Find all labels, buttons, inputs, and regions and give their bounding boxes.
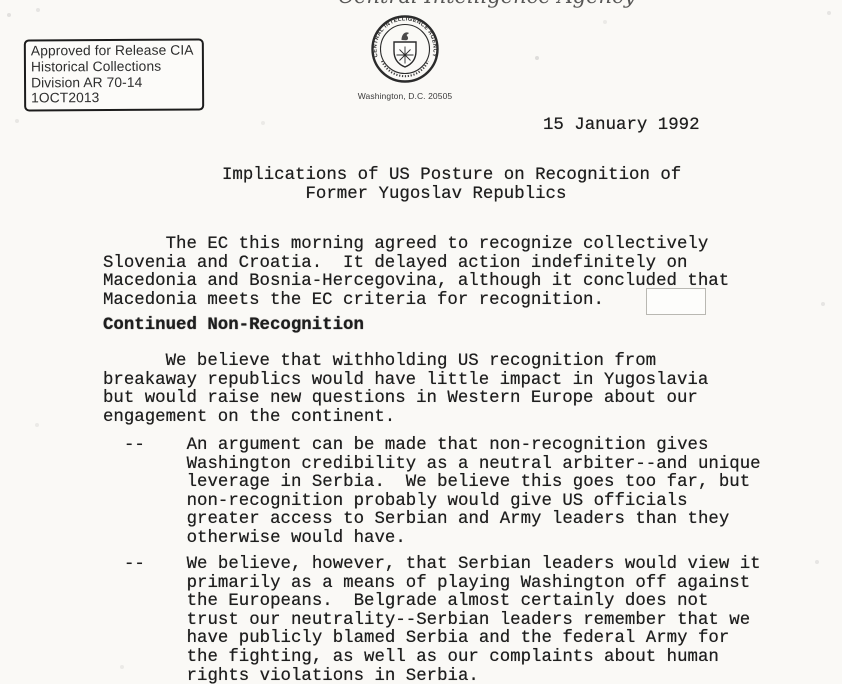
release-stamp: Approved for Release CIA Historical Coll… <box>24 39 204 112</box>
bullet-item-1: -- An argument can be made that non-reco… <box>124 437 761 549</box>
seal-address: Washington, D.C. 20505 <box>358 91 453 101</box>
stamp-line: Historical Collections <box>31 58 197 75</box>
seal-eagle-head <box>402 32 410 40</box>
cia-seal-icon: CENTRAL INTELLIGENCE AGENCY <box>368 11 442 89</box>
stamp-line: 1OCT2013 <box>31 90 197 107</box>
scan-noise <box>0 0 2 2</box>
date-line: 15 January 1992 <box>543 117 700 136</box>
letterhead-script-cutoff: Central Intelligence Agency <box>338 0 636 8</box>
empty-classification-box <box>646 288 706 315</box>
paragraph-assessment: We believe that withholding US recogniti… <box>103 353 708 427</box>
bullet-item-2: -- We believe, however, that Serbian lea… <box>124 556 761 684</box>
stamp-line: Division AR 70-14 <box>31 74 197 91</box>
paragraph-intro: The EC this morning agreed to recognize … <box>103 236 729 310</box>
document-page: Central Intelligence Agency Approved for… <box>0 0 842 684</box>
stamp-line: Approved for Release CIA <box>31 43 197 60</box>
section-heading: Continued Non-Recognition <box>103 317 364 336</box>
doc-title: Implications of US Posture on Recognitio… <box>222 167 681 204</box>
